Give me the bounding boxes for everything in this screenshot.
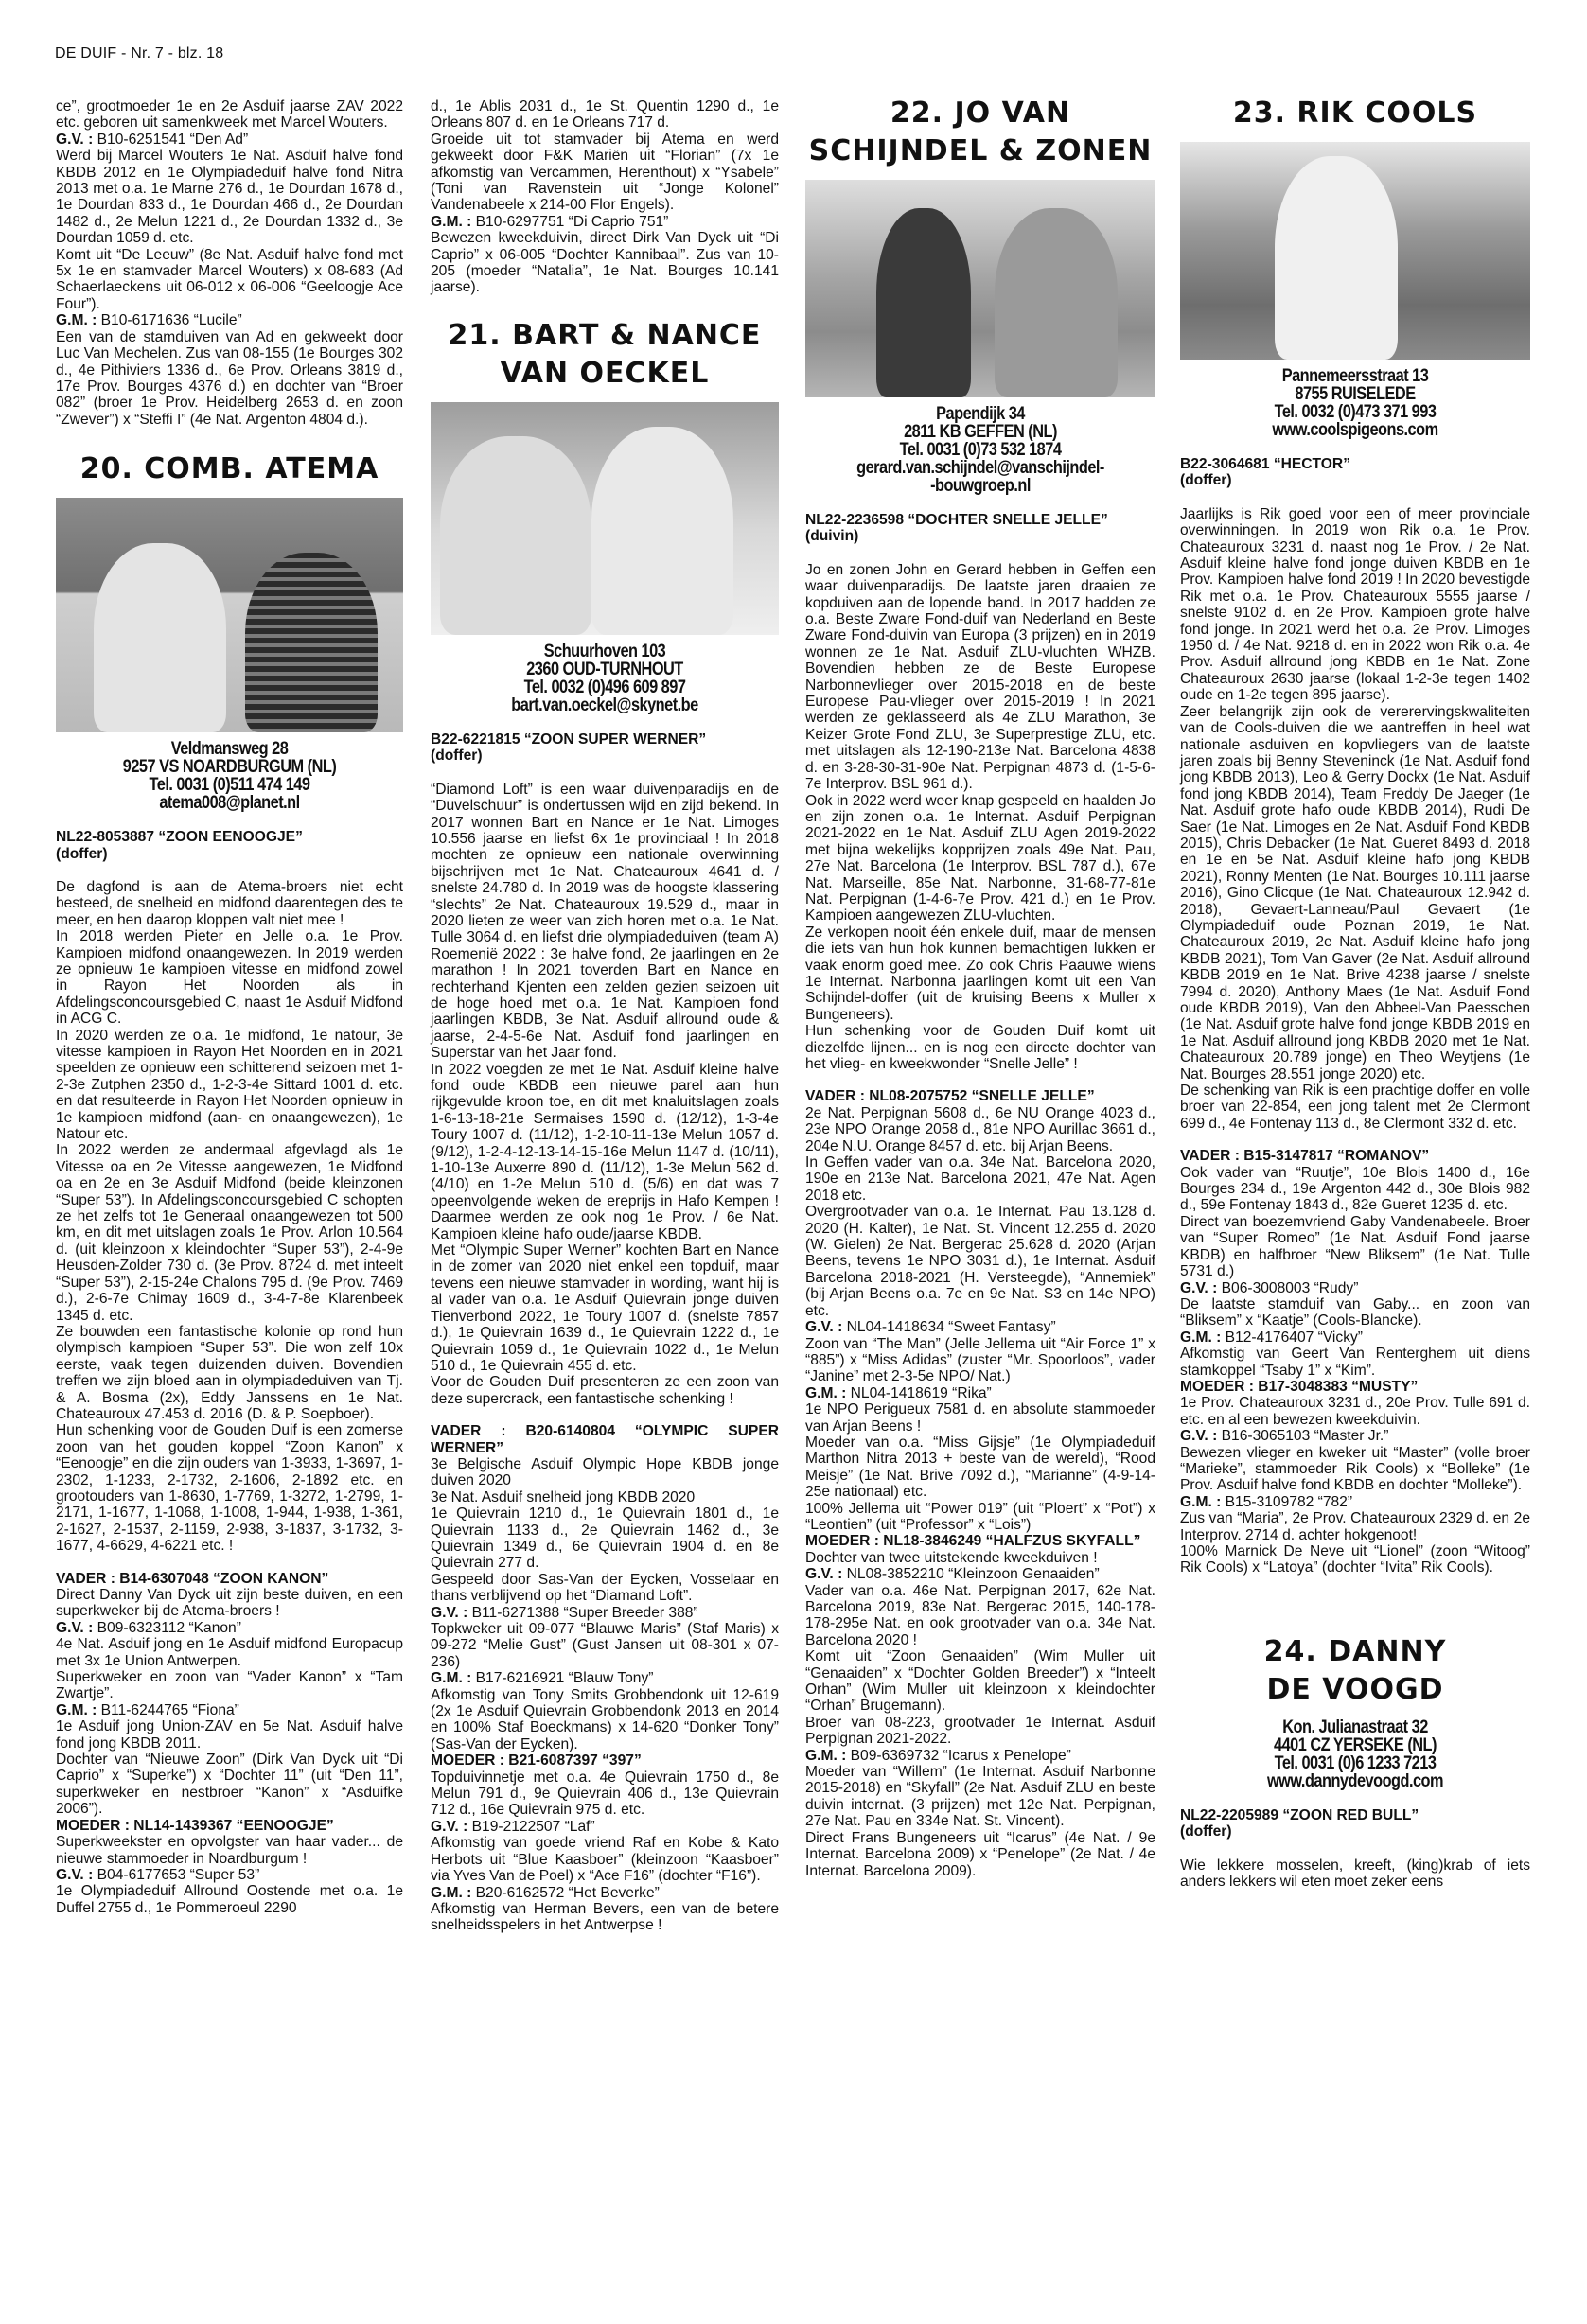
pedigree-text: 1e NPO Perigueux 7581 d. en absolute sta… (805, 1401, 1155, 1435)
photo-van-oeckel (431, 402, 779, 635)
photo-comb-atema (56, 498, 403, 732)
address-website[interactable]: www.coolspigeons.com (1205, 421, 1506, 439)
pedigree-gv: G.V. : NL08-3852210 “Kleinzoon Genaaiden… (805, 1566, 1155, 1582)
pedigree-label: G.M. : (56, 312, 97, 328)
pedigree-label: G.M. : (1180, 1329, 1221, 1346)
person-figure (440, 436, 591, 635)
article-paragraph: In 2022 werden ze andermaal afgevlagd al… (56, 1142, 403, 1323)
article-paragraph: In 2020 werden ze o.a. 1e midfond, 1e na… (56, 1028, 403, 1143)
column-2: d., 1e Ablis 2031 d., 1e St. Quentin 129… (431, 98, 779, 1934)
pedigree-value: NL04-1418619 “Rika” (846, 1385, 991, 1401)
pedigree-text: Direct Danny Van Dyck uit zijn beste dui… (56, 1587, 403, 1620)
pigeon-ring: B22-6221815 “ZOON SUPER WERNER” (431, 731, 779, 748)
pedigree-text: Gespeeld door Sas-Van der Eycken, Vossel… (431, 1572, 779, 1605)
address-street: Papendijk 34 (830, 405, 1131, 423)
person-figure (591, 427, 733, 635)
article-paragraph: Ook in 2022 werd weer knap gespeeld en h… (805, 793, 1155, 924)
address-street: Schuurhoven 103 (455, 643, 754, 660)
article-paragraph: De schenking van Rik is een prachtige do… (1180, 1083, 1530, 1132)
pedigree-gv: G.V. : B16-3065103 “Master Jr.” (1180, 1428, 1530, 1444)
pigeon-heading: NL22-2236598 “DOCHTER SNELLE JELLE” (dui… (805, 512, 1155, 545)
pedigree-value: B19-2122507 “Laf” (467, 1819, 594, 1835)
pedigree-gv: G.V. : B09-6323112 “Kanon” (56, 1620, 403, 1636)
address-phone: Tel. 0031 (0)73 532 1874 (830, 441, 1131, 459)
pedigree-value: B11-6244765 “Fiona” (97, 1702, 239, 1718)
pedigree-value: B04-6177653 “Super 53” (93, 1867, 259, 1883)
person-figure (94, 543, 226, 732)
article-paragraph: Wie lekkere mosselen, kreeft, (king)krab… (1180, 1857, 1530, 1891)
pigeon-heading: B22-6221815 “ZOON SUPER WERNER” (doffer) (431, 731, 779, 765)
pedigree-text: Werd bij Marcel Wouters 1e Nat. Asduif h… (56, 148, 403, 246)
person-figure (1275, 156, 1398, 360)
vader-heading: VADER : B14-6307048 “ZOON KANON” (56, 1571, 403, 1587)
pigeon-heading: NL22-2205989 “ZOON RED BULL” (doffer) (1180, 1807, 1530, 1840)
address-phone: Tel. 0032 (0)496 609 897 (455, 678, 754, 696)
pigeon-heading: B22-3064681 “HECTOR” (doffer) (1180, 456, 1530, 489)
address-block: Veldmansweg 28 9257 VS NOARDBURGUM (NL) … (80, 740, 379, 812)
address-phone: Tel. 0031 (0)511 474 149 (80, 776, 379, 794)
pedigree-text: Een van de stamduiven van Ad en gekweekt… (56, 329, 403, 428)
article-paragraph: Hun schenking voor de Gouden Duif is een… (56, 1422, 403, 1554)
pedigree-gm: G.M. : B17-6216921 “Blauw Tony” (431, 1670, 779, 1686)
section-title-22: 22. Jo van Schijndel & Zonen (805, 95, 1155, 170)
pigeon-ring: NL22-2205989 “ZOON RED BULL” (1180, 1807, 1530, 1823)
pedigree-value: B11-6271388 “Super Breeder 388” (467, 1605, 697, 1621)
pedigree-text: 1e Asduif jong Union-ZAV en 5e Nat. Asdu… (56, 1718, 403, 1752)
section-title-24: 24. Danny de Voogd (1180, 1633, 1530, 1709)
pedigree-value: B10-6171636 “Lucile” (97, 312, 241, 328)
pedigree-gm: G.M. : B11-6244765 “Fiona” (56, 1702, 403, 1718)
article-paragraph: “Diamond Loft” is een waar duivenparadij… (431, 782, 779, 1062)
pedigree-label: G.M. : (431, 1885, 471, 1901)
photo-van-schijndel (805, 180, 1155, 397)
pedigree-text: Vader van o.a. 46e Nat. Perpignan 2017, … (805, 1583, 1155, 1649)
pigeon-sex: (duivin) (805, 528, 1155, 544)
article-paragraph: Ze bouwden een fantastische kolonie op r… (56, 1324, 403, 1422)
pedigree-label: G.M. : (805, 1748, 846, 1764)
pedigree-text: 1e Quievrain 1210 d., 1e Quievrain 1801 … (431, 1505, 779, 1572)
person-figure (876, 208, 971, 397)
vader-heading: VADER : B20-6140804 “OLYMPIC SUPER WERNE… (431, 1423, 779, 1456)
pedigree-label: G.V. : (1180, 1280, 1217, 1296)
pedigree-text: Afkomstig van Geert Van Renterghem uit d… (1180, 1346, 1530, 1379)
pedigree-text: In Geffen vader van o.a. 34e Nat. Barcel… (805, 1154, 1155, 1204)
pedigree-gm: G.M. : NL04-1418619 “Rika” (805, 1385, 1155, 1401)
pedigree-text: 2e Nat. Perpignan 5608 d., 6e NU Orange … (805, 1105, 1155, 1154)
article-paragraph: Met “Olympic Super Werner” kochten Bart … (431, 1242, 779, 1374)
article-paragraph: Voor de Gouden Duif presenteren ze een z… (431, 1374, 779, 1407)
pedigree-label: G.V. : (431, 1605, 467, 1621)
moeder-heading: MOEDER : B17-3048383 “MUSTY” (1180, 1379, 1530, 1395)
pedigree-text: Direct van boezemvriend Gaby Vandenabeel… (1180, 1214, 1530, 1280)
article-paragraph: Jaarlijks is Rik goed voor een of meer p… (1180, 506, 1530, 704)
pedigree-text: Topkweker uit 09-077 “Blauwe Maris” (Sta… (431, 1621, 779, 1670)
pedigree-gv: G.V. : B06-3008003 “Rudy” (1180, 1280, 1530, 1296)
pedigree-gm: G.M. : B20-6162572 “Het Beverke” (431, 1885, 779, 1901)
pedigree-gm: G.M. : B10-6297751 “Di Caprio 751” (431, 214, 779, 230)
article-paragraph: Ze verkopen nooit één enkele duif, maar … (805, 924, 1155, 1023)
pedigree-label: G.V. : (56, 1620, 93, 1636)
page-running-title: DE DUIF - Nr. 7 - blz. 18 (55, 45, 223, 62)
pedigree-value: B17-6216921 “Blauw Tony” (471, 1670, 653, 1686)
pedigree-gv: G.V. : B10-6251541 “Den Ad” (56, 132, 403, 148)
column-3: 22. Jo van Schijndel & Zonen Papendijk 3… (805, 98, 1155, 1879)
column-4: 23. Rik Cools Pannemeersstraat 13 8755 R… (1180, 98, 1530, 1890)
pedigree-value: B06-3008003 “Rudy” (1217, 1280, 1358, 1296)
pedigree-label: G.M. : (431, 214, 471, 230)
address-website[interactable]: www.dannydevoogd.com (1205, 1772, 1506, 1790)
pedigree-label: G.M. : (1180, 1494, 1221, 1510)
address-city: 8755 RUISELEDE (1205, 385, 1506, 403)
person-figure (245, 553, 378, 732)
address-email[interactable]: atema008@planet.nl (80, 794, 379, 812)
pedigree-text: Komt uit “Zoon Genaaiden” (Wim Muller ui… (805, 1648, 1155, 1715)
spacer (1180, 1132, 1530, 1148)
continued-text: Groeide uit tot stamvader bij Atema en w… (431, 132, 779, 214)
person-figure (995, 208, 1118, 397)
pedigree-text: Superkweker en zoon van “Vader Kanon” x … (56, 1669, 403, 1702)
pedigree-text: Dochter van twee uitstekende kweekduiven… (805, 1550, 1155, 1566)
address-street: Kon. Julianastraat 32 (1205, 1718, 1506, 1736)
pedigree-text: Moeder van “Willem” (1e Internat. Asduif… (805, 1764, 1155, 1830)
address-email[interactable]: gerard.van.schijndel@vanschijndel- (830, 459, 1131, 477)
pedigree-text: Zoon van “The Man” (Jelle Jellema uit “A… (805, 1336, 1155, 1385)
pedigree-text: Afkomstig van Herman Bevers, een van de … (431, 1901, 779, 1934)
pedigree-value: NL04-1418634 “Sweet Fantasy” (842, 1319, 1055, 1335)
pedigree-text: Bewezen vlieger en kweker uit “Master” (… (1180, 1445, 1530, 1494)
pedigree-value: B20-6162572 “Het Beverke” (471, 1885, 660, 1901)
spacer (431, 1407, 779, 1423)
pedigree-text: Moeder van o.a. “Miss Gijsje” (1e Olympi… (805, 1435, 1155, 1501)
pedigree-text: Direct Frans Bungeneers uit “Icarus” (4e… (805, 1830, 1155, 1879)
address-block: Pannemeersstraat 13 8755 RUISELEDE Tel. … (1205, 367, 1506, 439)
pedigree-value: NL08-3852210 “Kleinzoon Genaaiden” (842, 1566, 1099, 1582)
vader-heading: VADER : NL08-2075752 “SNELLE JELLE” (805, 1088, 1155, 1104)
article-paragraph: In 2022 voegden ze met 1e Nat. Asduif kl… (431, 1062, 779, 1242)
pedigree-text: 100% Marnick De Neve uit “Lionel” (zoon … (1180, 1543, 1530, 1576)
pedigree-label: G.V. : (56, 132, 93, 148)
pedigree-value: B10-6297751 “Di Caprio 751” (471, 214, 668, 230)
pedigree-value: B10-6251541 “Den Ad” (93, 132, 248, 148)
pigeon-ring: NL22-2236598 “DOCHTER SNELLE JELLE” (805, 512, 1155, 528)
pedigree-text: 3e Belgische Asduif Olympic Hope KBDB jo… (431, 1456, 779, 1489)
pedigree-label: G.V. : (805, 1319, 842, 1335)
pedigree-value: B15-3109782 “782” (1221, 1494, 1352, 1510)
pigeon-sex: (doffer) (56, 846, 403, 862)
pedigree-text: 1e Olympiadeduif Allround Oostende met o… (56, 1883, 403, 1916)
pedigree-text: De laatste stamduif van Gaby... en zoon … (1180, 1296, 1530, 1329)
spacer (805, 1072, 1155, 1088)
address-email-cont[interactable]: -bouwgroep.nl (830, 477, 1131, 495)
pigeon-sex: (doffer) (1180, 1823, 1530, 1840)
pedigree-text: Afkomstig van Tony Smits Grobbendonk uit… (431, 1687, 779, 1753)
article-paragraph: De dagfond is aan de Atema-broers niet e… (56, 879, 403, 928)
address-phone: Tel. 0031 (0)6 1233 7213 (1205, 1754, 1506, 1772)
article-paragraph: Zeer belangrijk zijn ook de vererervings… (1180, 704, 1530, 1083)
pigeon-ring: B22-3064681 “HECTOR” (1180, 456, 1530, 472)
pedigree-text: Broer van 08-223, grootvader 1e Internat… (805, 1715, 1155, 1748)
address-phone: Tel. 0032 (0)473 371 993 (1205, 403, 1506, 421)
pedigree-gm: G.M. : B12-4176407 “Vicky” (1180, 1329, 1530, 1346)
pedigree-text: Topduivinnetje met o.a. 4e Quievrain 175… (431, 1769, 779, 1819)
pedigree-text: Afkomstig van goede vriend Raf en Kobe &… (431, 1835, 779, 1884)
pedigree-text: Zus van “Maria”, 2e Prov. Chateauroux 23… (1180, 1510, 1530, 1543)
pedigree-label: G.M. : (56, 1702, 97, 1718)
pedigree-text: 1e Prov. Chateauroux 3231 d., 20e Prov. … (1180, 1395, 1530, 1428)
continued-text: ce”, grootmoeder 1e en 2e Asduif jaarse … (56, 98, 403, 132)
pedigree-text: 100% Jellema uit “Power 019” (uit “Ploer… (805, 1501, 1155, 1534)
pedigree-gv: G.V. : B04-6177653 “Super 53” (56, 1867, 403, 1883)
pedigree-value: B09-6323112 “Kanon” (93, 1620, 241, 1636)
address-street: Veldmansweg 28 (80, 740, 379, 758)
pedigree-label: G.V. : (805, 1566, 842, 1582)
column-1: ce”, grootmoeder 1e en 2e Asduif jaarse … (56, 98, 403, 1916)
pedigree-text: 4e Nat. Asduif jong en 1e Asduif midfond… (56, 1636, 403, 1669)
moeder-heading: MOEDER : B21-6087397 “397” (431, 1752, 779, 1769)
pedigree-value: B16-3065103 “Master Jr.” (1217, 1428, 1388, 1444)
address-city: 9257 VS NOARDBURGUM (NL) (80, 758, 379, 776)
vader-heading: VADER : B15-3147817 “ROMANOV” (1180, 1148, 1530, 1164)
section-title-23: 23. Rik Cools (1180, 95, 1530, 132)
pedigree-label: G.M. : (431, 1670, 471, 1686)
moeder-heading: MOEDER : NL18-3846249 “HALFZUS SKYFALL” (805, 1533, 1155, 1549)
pedigree-label: G.V. : (1180, 1428, 1217, 1444)
pedigree-gm: G.M. : B10-6171636 “Lucile” (56, 312, 403, 328)
pedigree-gm: G.M. : B09-6369732 “Icarus x Penelope” (805, 1748, 1155, 1764)
pigeon-ring: NL22-8053887 “ZOON EENOOGJE” (56, 829, 403, 845)
section-title-20: 20. Comb. Atema (56, 450, 403, 488)
pedigree-gm: G.M. : B15-3109782 “782” (1180, 1494, 1530, 1510)
pedigree-text: Superkweekster en opvolgster van haar va… (56, 1834, 403, 1867)
pedigree-text: 3e Nat. Asduif snelheid jong KBDB 2020 (431, 1489, 779, 1505)
pedigree-text: Komt uit “De Leeuw” (8e Nat. Asduif halv… (56, 247, 403, 313)
moeder-heading: MOEDER : NL14-1439367 “EENOOGJE” (56, 1818, 403, 1834)
pedigree-value: B12-4176407 “Vicky” (1221, 1329, 1363, 1346)
pedigree-gv: G.V. : B19-2122507 “Laf” (431, 1819, 779, 1835)
address-block: Kon. Julianastraat 32 4401 CZ YERSEKE (N… (1205, 1718, 1506, 1790)
spacer (56, 1555, 403, 1571)
address-email[interactable]: bart.van.oeckel@skynet.be (455, 696, 754, 714)
pedigree-text: Dochter van “Nieuwe Zoon” (Dirk Van Dyck… (56, 1752, 403, 1818)
pedigree-text: Bewezen kweekduivin, direct Dirk Van Dyc… (431, 230, 779, 296)
address-city: 2360 OUD-TURNHOUT (455, 660, 754, 678)
photo-rik-cools (1180, 142, 1530, 360)
section-title-21: 21. Bart & Nance van Oeckel (431, 317, 779, 393)
pedigree-text: Overgrootvader van o.a. 1e Internat. Pau… (805, 1204, 1155, 1319)
article-paragraph: In 2018 werden Pieter en Jelle o.a. 1e P… (56, 928, 403, 1027)
continued-text: d., 1e Ablis 2031 d., 1e St. Quentin 129… (431, 98, 779, 132)
address-block: Schuurhoven 103 2360 OUD-TURNHOUT Tel. 0… (455, 643, 754, 714)
pedigree-label: G.M. : (805, 1385, 846, 1401)
address-street: Pannemeersstraat 13 (1205, 367, 1506, 385)
address-city: 2811 KB GEFFEN (NL) (830, 423, 1131, 441)
address-city: 4401 CZ YERSEKE (NL) (1205, 1736, 1506, 1754)
pigeon-sex: (doffer) (1180, 472, 1530, 488)
pigeon-sex: (doffer) (431, 748, 779, 764)
pedigree-value: B09-6369732 “Icarus x Penelope” (846, 1748, 1071, 1764)
pedigree-text: Ook vader van “Ruutje”, 10e Blois 1400 d… (1180, 1165, 1530, 1214)
pigeon-heading: NL22-8053887 “ZOON EENOOGJE” (doffer) (56, 829, 403, 862)
pedigree-label: G.V. : (56, 1867, 93, 1883)
pedigree-gv: G.V. : B11-6271388 “Super Breeder 388” (431, 1605, 779, 1621)
address-block: Papendijk 34 2811 KB GEFFEN (NL) Tel. 00… (830, 405, 1131, 495)
pedigree-label: G.V. : (431, 1819, 467, 1835)
pedigree-gv: G.V. : NL04-1418634 “Sweet Fantasy” (805, 1319, 1155, 1335)
article-paragraph: Hun schenking voor de Gouden Duif komt u… (805, 1023, 1155, 1072)
article-paragraph: Jo en zonen John en Gerard hebben in Gef… (805, 562, 1155, 793)
